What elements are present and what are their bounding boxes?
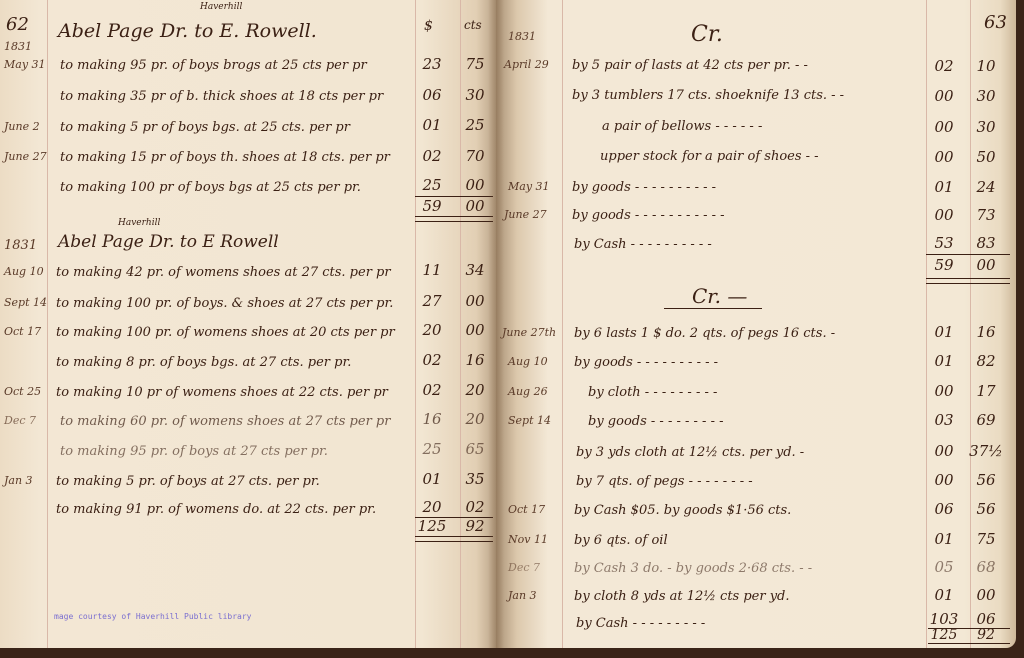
entry-date: May 31 (4, 58, 46, 71)
entry-date: Sept 14 (508, 414, 551, 427)
courtesy-watermark: mage courtesy of Haverhill Public librar… (54, 612, 251, 621)
entry-description: by 3 yds cloth at 12½ cts. per yd. - (576, 445, 804, 460)
year: 1831 (4, 40, 32, 53)
entry-description: to making 95 pr. of boys at 27 cts per p… (60, 444, 328, 459)
entry-dollars: 01 (924, 323, 964, 341)
entry-description: by Cash - - - - - - - - - (576, 616, 705, 631)
entry-date: May 31 (508, 180, 550, 193)
entry-cents: 30 (966, 87, 1006, 105)
entry-date: Aug 10 (4, 265, 44, 278)
entry-cents: 37½ (966, 442, 1006, 460)
book-bottom-edge (0, 648, 1024, 658)
entry-date: Oct 17 (4, 325, 41, 338)
entry-date: April 29 (504, 58, 549, 71)
entry-date: June 2 (4, 120, 40, 133)
dollars-header: $ (424, 18, 433, 34)
entry-description: to making 60 pr. of womens shoes at 27 c… (60, 414, 390, 429)
entry-dollars: 20 (412, 321, 452, 339)
entry-cents: 50 (966, 148, 1006, 166)
entry-cents: 00 (966, 586, 1006, 604)
entry-description: by 6 qts. of oil (574, 533, 668, 548)
entry-cents: 83 (966, 234, 1006, 252)
entry-dollars: 00 (924, 442, 964, 460)
entry-dollars: 02 (412, 381, 452, 399)
entry-date: Oct 17 (508, 503, 545, 516)
entry-dollars: 25 (412, 176, 452, 194)
entry-description: by 6 lasts 1 $ do. 2 qts. of pegs 16 cts… (574, 326, 835, 341)
entry-description: to making 91 pr. of womens do. at 22 cts… (56, 502, 376, 517)
entry-description: to making 5 pr of boys bgs. at 25 cts. p… (60, 120, 350, 135)
credit-heading: Cr. (691, 22, 723, 47)
entry-description: to making 5 pr. of boys at 27 cts. per p… (56, 474, 320, 489)
entry-dollars: 01 (924, 178, 964, 196)
total-double-rule (415, 536, 493, 542)
entry-dollars: 00 (924, 118, 964, 136)
entry-dollars: 01 (924, 352, 964, 370)
book-gutter (488, 0, 504, 648)
entry-description: by Cash 3 do. - by goods 2·68 cts. - - (574, 561, 812, 576)
entry-date: Jan 3 (4, 474, 33, 487)
entry-dollars: 11 (412, 261, 452, 279)
year: 1831 (508, 30, 536, 43)
sum-rule (926, 254, 1010, 255)
entry-dollars: 06 (924, 500, 964, 518)
entry-description: by Cash - - - - - - - - - - (574, 237, 712, 252)
entry-description: by cloth 8 yds at 12½ cts per yd. (574, 589, 790, 604)
entry-description: to making 35 pr of b. thick shoes at 18 … (60, 89, 383, 104)
date-column-rule (47, 0, 48, 648)
entry-cents: 24 (966, 178, 1006, 196)
entry-dollars: 23 (412, 55, 452, 73)
entry-dollars: 01 (412, 470, 452, 488)
entry-description: by 5 pair of lasts at 42 cts per pr. - - (572, 58, 808, 73)
entry-dollars: 02 (412, 351, 452, 369)
entry-dollars: 02 (412, 147, 452, 165)
entry-description: to making 15 pr of boys th. shoes at 18 … (60, 150, 390, 165)
entry-dollars: 103 (924, 610, 964, 628)
entry-date: Jan 3 (508, 589, 537, 602)
total-double-rule (926, 278, 1010, 284)
entry-cents: 30 (966, 118, 1006, 136)
entry-cents: 56 (966, 500, 1006, 518)
cents-header: cts (464, 18, 482, 32)
entry-dollars: 01 (412, 116, 452, 134)
entry-cents: 73 (966, 206, 1006, 224)
entry-dollars: 03 (924, 411, 964, 429)
entry-date: June 27 (4, 150, 47, 163)
entry-description: to making 95 pr. of boys brogs at 25 cts… (60, 58, 367, 73)
entry-description: to making 100 pr of boys bgs at 25 cts p… (60, 180, 361, 195)
entry-description: by goods - - - - - - - - - - (572, 180, 716, 195)
heading-underline (664, 308, 762, 309)
page-number: 62 (6, 14, 29, 35)
entry-dollars: 00 (924, 148, 964, 166)
entry-date: Nov 11 (508, 533, 548, 546)
entry-cents: 06 (966, 610, 1006, 628)
entry-dollars: 00 (924, 382, 964, 400)
entry-dollars: 02 (924, 57, 964, 75)
entry-cents: 75 (966, 530, 1006, 548)
entry-dollars: 25 (412, 440, 452, 458)
entry-description: to making 100 pr. of boys. & shoes at 27… (56, 296, 393, 311)
entry-description: to making 10 pr of womens shoes at 22 ct… (56, 385, 388, 400)
entry-description: a pair of bellows - - - - - - (602, 119, 762, 134)
entry-dollars: 00 (924, 471, 964, 489)
account-heading: Abel Page Dr. to E Rowell (58, 232, 279, 252)
entry-cents: 16 (966, 323, 1006, 341)
section-total-dollars: 59 (412, 197, 452, 215)
credit-heading: Cr. — (692, 284, 747, 308)
section-total-dollars: 125 (412, 517, 452, 535)
entry-description: by Cash $05. by goods $1·56 cts. (574, 503, 791, 518)
year: 1831 (4, 238, 37, 253)
entry-description: to making 8 pr. of boys bgs. at 27 cts. … (56, 355, 351, 370)
entry-date: Dec 7 (4, 414, 36, 427)
entry-description: by cloth - - - - - - - - - (588, 385, 717, 400)
entry-date: June 27 (504, 208, 547, 221)
entry-date: Aug 26 (508, 385, 548, 398)
entry-description: to making 100 pr. of womens shoes at 20 … (56, 325, 395, 340)
entry-dollars: 16 (412, 410, 452, 428)
entry-description: upper stock for a pair of shoes - - (600, 149, 819, 164)
entry-dollars: 00 (924, 206, 964, 224)
location-note: Haverhill (200, 2, 242, 12)
entry-cents: 69 (966, 411, 1006, 429)
entry-date: Oct 25 (4, 385, 41, 398)
total-double-rule (415, 216, 493, 222)
entry-dollars: 20 (412, 498, 452, 516)
entry-cents: 82 (966, 352, 1006, 370)
entry-description: by goods - - - - - - - - - (588, 414, 724, 429)
entry-date: Sept 14 (4, 296, 47, 309)
entry-description: by 3 tumblers 17 cts. shoeknife 13 cts. … (572, 88, 844, 103)
entry-description: by goods - - - - - - - - - - - (572, 208, 725, 223)
entry-dollars: 01 (924, 530, 964, 548)
entry-cents: 10 (966, 57, 1006, 75)
page-number: 63 (984, 12, 1007, 33)
entry-date: Aug 10 (508, 355, 548, 368)
entry-dollars: 53 (924, 234, 964, 252)
entry-dollars: 27 (412, 292, 452, 310)
section-total-dollars: 125 (924, 627, 964, 643)
location-note: Haverhill (118, 218, 160, 228)
entry-description: by 7 qts. of pegs - - - - - - - - (576, 474, 753, 489)
entry-description: by goods - - - - - - - - - - (574, 355, 718, 370)
ledger-book: 62 1831 Haverhill Abel Page Dr. to E. Ro… (0, 0, 1024, 652)
entry-cents: 17 (966, 382, 1006, 400)
entry-description: to making 42 pr. of womens shoes at 27 c… (56, 265, 391, 280)
entry-date: Dec 7 (508, 561, 540, 574)
section-total-cents: 00 (966, 256, 1006, 274)
entry-dollars: 01 (924, 586, 964, 604)
entry-date: June 27th (502, 326, 556, 339)
section-total-cents: 92 (966, 627, 1006, 643)
entry-dollars: 00 (924, 87, 964, 105)
left-page: 62 1831 Haverhill Abel Page Dr. to E. Ro… (0, 0, 496, 648)
entry-cents: 56 (966, 471, 1006, 489)
right-page: 63 1831 Cr. April 29 by 5 pair of lasts … (496, 0, 1016, 648)
entry-dollars: 05 (924, 558, 964, 576)
account-heading: Abel Page Dr. to E. Rowell. (58, 20, 317, 42)
entry-cents: 68 (966, 558, 1006, 576)
section-total-dollars: 59 (924, 256, 964, 274)
entry-dollars: 06 (412, 86, 452, 104)
date-column-rule (562, 0, 563, 648)
